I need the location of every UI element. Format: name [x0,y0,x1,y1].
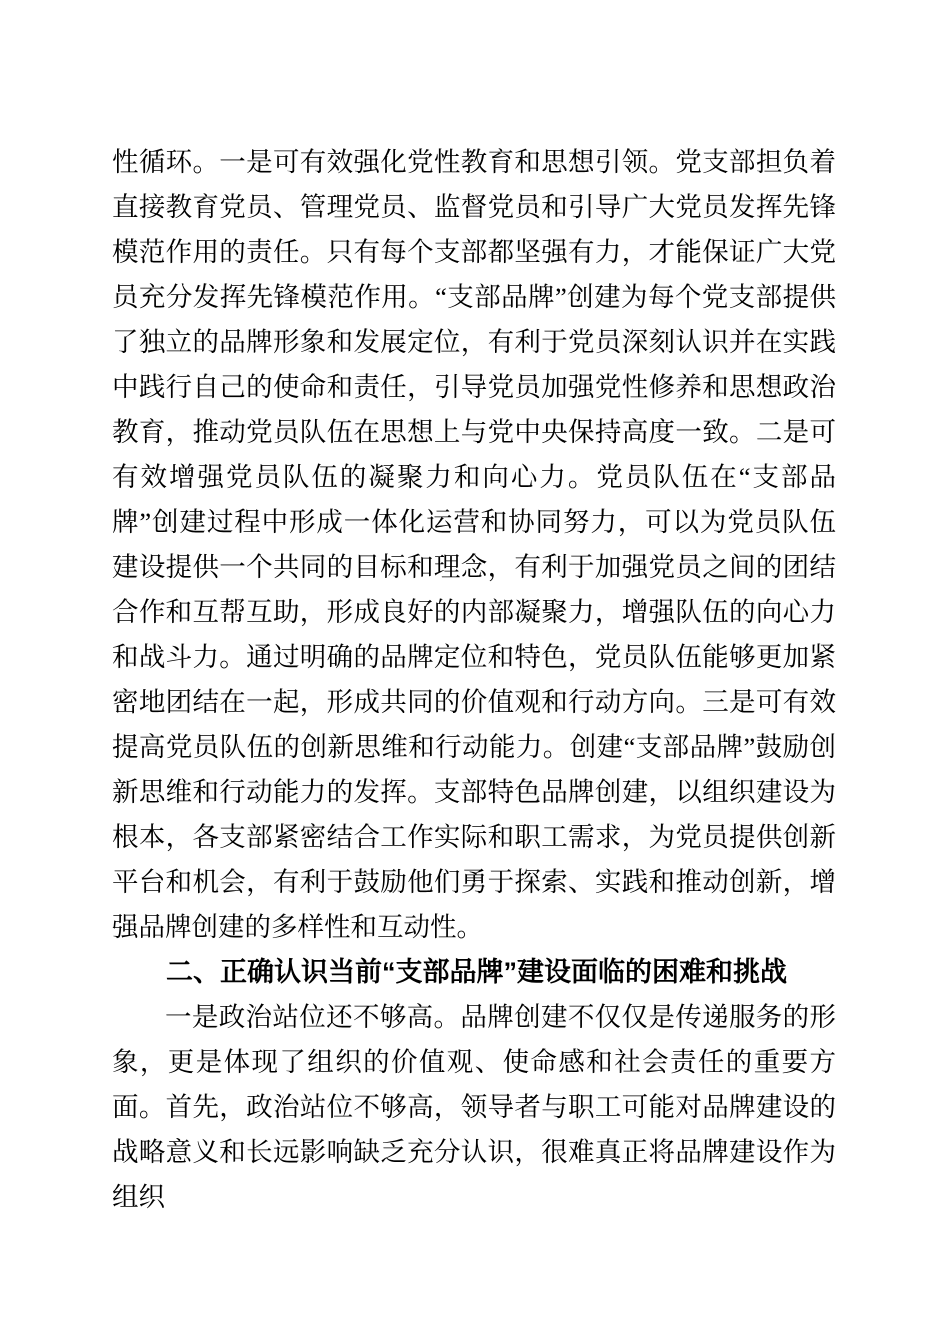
paragraph-challenges-text: 品牌创建不仅仅是传递服务的形象，更是体现了组织的价值观、使命感和社会责任的重要方… [112,1002,836,1212]
section-heading-difficulties: 二、正确认识当前“支部品牌”建设面临的困难和挑战 [112,950,836,995]
document-content: 性循环。一是可有效强化党性教育和思想引领。党支部担负着直接教育党员、管理党员、监… [112,140,836,1220]
document-page: 性循环。一是可有效强化党性教育和思想引领。党支部担负着直接教育党员、管理党员、监… [0,0,950,1344]
paragraph-brand-benefits: 性循环。一是可有效强化党性教育和思想引领。党支部担负着直接教育党员、管理党员、监… [112,140,836,950]
lead-in-political-stance: 一是政治站位还不够高。 [165,1002,460,1032]
paragraph-challenges: 一是政治站位还不够高。品牌创建不仅仅是传递服务的形象，更是体现了组织的价值观、使… [112,995,836,1220]
